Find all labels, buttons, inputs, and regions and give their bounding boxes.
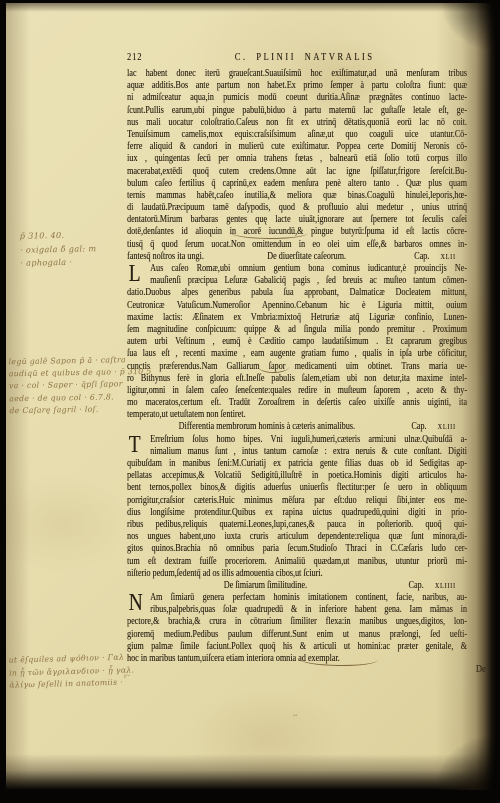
text-line: hoc in maribus tantum,uiſcera etiam inte…	[127, 653, 467, 665]
text-line: Tenuiſsimum camelis,mox equis:craſsiſsim…	[127, 129, 467, 141]
text-line: pellatas accepimus,& Volcatiū Sedigitū,i…	[127, 470, 467, 482]
page-edge-shadow-top	[6, 3, 497, 12]
ink-mark: ~	[292, 711, 298, 721]
ink-mark: ι~	[124, 672, 130, 680]
text-line: lac habent donec iterū graueſcant.Suauiſ…	[127, 68, 467, 80]
text-line: nimalium manus ſunt , intus tantum carno…	[127, 446, 467, 458]
text-line: ſua laus eſt , recenti maxime , eam auge…	[127, 348, 467, 360]
text-line: quibuſdam in manibus ſeni:M.Curiatij ex …	[127, 458, 467, 470]
text-line: nus mali uocatur coloſtratio.Caſeus non …	[127, 117, 467, 129]
text-line: gioremq̄ medium.Pedibus paulum differunt…	[127, 629, 467, 641]
text-line: ſem magnitudine conſpicuum: quippe & ad …	[127, 324, 467, 336]
handwritten-line: · aphogala ·	[20, 255, 97, 270]
text-line: cunctis præferendus.Nam Galliarum ſapor …	[127, 361, 467, 373]
text-line: Ceutronicæ Vatuſicum.Numeroſior Apennino…	[127, 300, 467, 312]
text-line: TErreſtrium ſolus homo bipes. Vni iuguli…	[127, 434, 467, 446]
text-line: tum eſt dextram fuiſſe proceriorem. Anim…	[127, 556, 467, 568]
text-line: dius longiſsime protenditur.Quibus ex ra…	[127, 507, 467, 519]
text-line: ribus pedibus,reliquis quaterni.Leones,l…	[127, 519, 467, 531]
text-line: di laudatū.Præcipuum tamē daſypodis, quo…	[127, 202, 467, 214]
text-line: maxime lactis: Æſinatem ex Vmbria:mixtoq…	[127, 312, 467, 324]
drop-cap: N	[129, 592, 143, 613]
margin-note-anatomy: ut ēſquiles ad ψόθιον · Γαλ —in ᾗ τῶν ἄγ…	[9, 651, 136, 692]
text-line: bent ternos,pollex binos,& digitis aduer…	[127, 482, 467, 494]
running-header-row: 212 C. PLINII NATVRALIS	[127, 52, 467, 68]
text-line: tiusq̄ q̄ quod ſerum uocat.Non omittendu…	[127, 239, 467, 251]
book-page: 212 C. PLINII NATVRALIS lac habent donec…	[6, 3, 497, 790]
text-line: dentatorū.Mirum barbaras gentes quę lact…	[127, 214, 467, 226]
text-line: temperato,ut uetuſtatem non ſentiret.	[127, 409, 467, 421]
text-line: ſcunt.Pullis earum,ubi pingue pabulū,bid…	[127, 105, 467, 117]
margin-note-oxygala: p̄ 310. 40.· oxigala δ̄ gal: m· aphogala…	[20, 228, 97, 270]
text-line: ribus,palpebris,quas ſolæ quadrupedū & i…	[127, 604, 467, 616]
text-line: pectore,& brachia,& crura in cōtrarium ſ…	[127, 616, 467, 628]
text-line: autem urbi Veſtinum , eumq̄ è Cæditio ca…	[127, 336, 467, 348]
text-line: aquæ additis.Bos ante partum non habet.E…	[127, 80, 467, 92]
text-line: ligitur,omni in ſalem caſeo ſeneſcente:q…	[127, 385, 467, 397]
chapter-caption-line: Differentia membrorum hominis à cæteris …	[127, 421, 467, 433]
text-line: ferre aliquid & candori in mulierū cute …	[127, 141, 467, 153]
handwritten-line: · oxigala δ̄ gal: m	[20, 242, 97, 257]
text-line: bulum caſeo fertilius q̄ caprinū,ex eade…	[127, 178, 467, 190]
margin-note-sapo: legū galē Sapon p̄ ā · caſtraaudiqū et q…	[8, 354, 152, 417]
text-line: mo maceratos,certum eſt. Tradūt Zoroaſtr…	[127, 397, 467, 409]
page-edge-shadow-bottom	[6, 754, 497, 790]
chapter-caption-line: fantesq̄ noſtros ita ungi.De diuerſitate…	[127, 251, 467, 263]
catchword: De	[476, 664, 486, 675]
text-line: gitos quinos.Brachia nō omnibus paria ſe…	[127, 543, 467, 555]
text-line: ro Bithynus ferè in gloria eſt.Ineſſe pa…	[127, 373, 467, 385]
text-line: LAus caſeo Romæ,ubi omnium gentium bona …	[127, 263, 467, 275]
running-header-title: C. PLINII NATVRALIS	[142, 52, 467, 63]
page-number: 212	[127, 52, 142, 63]
text-lines: lac habent donec iterū graueſcant.Suauiſ…	[127, 68, 467, 665]
text-line: gium palmæ ſimile faciunt.Pollex quoq̄ h…	[127, 641, 467, 653]
book-spine-curve-shadow	[435, 3, 497, 790]
text-line: NAm ſimiarū genera perfectam hominis imi…	[127, 592, 467, 604]
ink-underline	[258, 360, 289, 373]
text-line: mauſienſi præcipua Leſuræ Gabaliciq̄ pag…	[127, 275, 467, 287]
handwritten-line: de Caſarę ſagril · loſ.	[9, 403, 152, 418]
text-line: datio.Duobus alpes generibus pabula ſua …	[127, 287, 467, 299]
drop-cap: T	[129, 434, 141, 455]
text-line: ternis mammas habēt,caſeo inutilia,& mel…	[127, 190, 467, 202]
drop-cap: L	[129, 263, 141, 284]
text-line: ni admiſceatur aqua,in pumicis modū coeu…	[127, 92, 467, 104]
text-line: macerabat,extēdi quoq̄ cutem credens.Omn…	[127, 166, 467, 178]
text-column: 212 C. PLINII NATVRALIS lac habent donec…	[127, 52, 467, 665]
handwritten-line: ἀλίγω ſeſelli in anatomiis ·	[9, 677, 136, 693]
text-line: porrigitur,craſsior cæteris.Huic minimus…	[127, 495, 467, 507]
text-line: niſterio pedum,ſedentq̄ ad os illis admo…	[127, 568, 467, 580]
chapter-caption-line: De ſimiarum ſimilitudine.Cap.XLIIII	[127, 580, 467, 592]
text-line: nos ungues habent,uno iuxta cruris artic…	[127, 531, 467, 543]
text-line: iux , quingentas ſecū per omnia trahens …	[127, 153, 467, 165]
